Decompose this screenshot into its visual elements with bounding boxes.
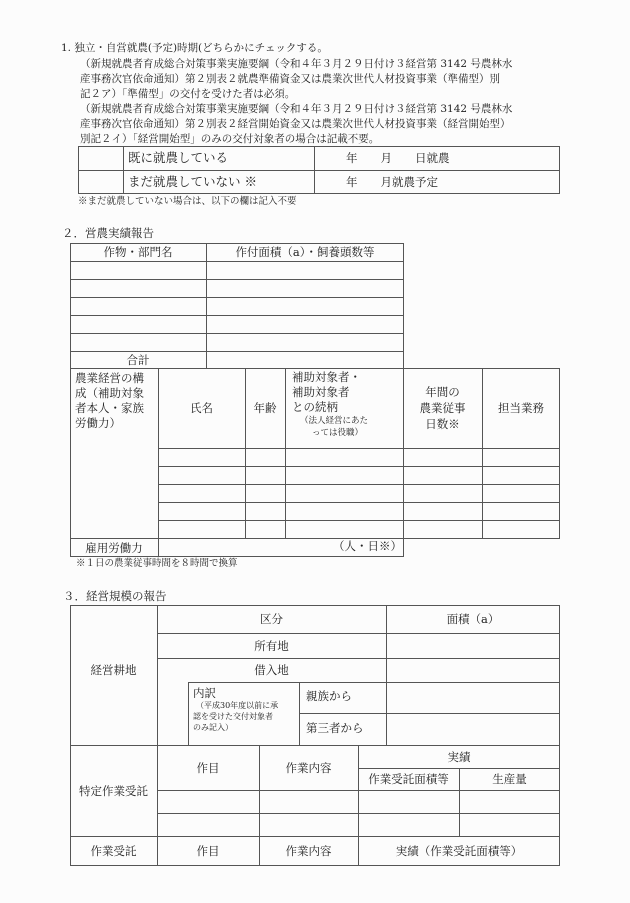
crop-area-input-cells[interactable] <box>207 262 403 368</box>
contract-item-header: 作目 <box>157 836 259 866</box>
planned-date-field[interactable]: 年 月就農予定 <box>346 177 438 189</box>
breakdown-label: 内訳 <box>193 686 303 700</box>
crop-area-header: 作付面積（a）・飼養頭数等 <box>206 243 404 261</box>
already-farming-checkbox[interactable] <box>79 147 123 170</box>
duty-header: 担当業務 <box>482 368 560 448</box>
start-date-field[interactable]: 年 月 日就農 <box>346 153 450 165</box>
age-header: 年齢 <box>245 368 285 448</box>
label-line: 農業経営の構 <box>75 371 159 386</box>
farmland-label: 経営耕地 <box>70 605 157 746</box>
section1-heading: 1. 独立・自営就農(予定)時期(どちらかにチェックする。 <box>61 43 328 54</box>
section1-note-line: 別記２イ）「経営開始型」のみの交付対象者の場合は記載不要。 <box>80 134 379 145</box>
from-relatives-label: 親族から <box>306 691 352 703</box>
section1-footnote: ※まだ就農していない場合は、以下の欄は記入不要 <box>78 197 297 207</box>
work-content-header: 作業内容 <box>259 745 358 790</box>
annual-days-header: 年間の 農業従事 日数※ <box>403 368 482 448</box>
third-party-area-input[interactable] <box>387 714 559 745</box>
total-label: 合計 <box>70 351 206 369</box>
label-line: 成（補助対象 <box>75 386 159 401</box>
already-farming-label: 既に就農している <box>128 152 228 165</box>
from-third-party-label: 第三者から <box>306 723 364 735</box>
contract-work-header: 作業内容 <box>259 836 358 866</box>
col-divider <box>314 146 315 194</box>
relation-header: 補助対象者・ 補助対象者 との続柄 （法人経営にあた っては役職） <box>292 370 404 439</box>
breakdown-note-line: （平成30年度以前に承 <box>193 700 303 711</box>
not-yet-farming-checkbox[interactable] <box>79 171 123 193</box>
owned-land-label: 所有地 <box>157 633 386 658</box>
row-divider <box>78 170 560 171</box>
name-header: 氏名 <box>158 368 245 448</box>
header-note-line: っては役職） <box>292 427 404 439</box>
contract-results-header: 実績（作業受託面積等） <box>358 836 560 866</box>
section1-note-line: 産事務次官依命通知）第２別表２経営開始資金又は農業次世代人材投資事業（経営開始型… <box>80 119 511 130</box>
relatives-area-input[interactable] <box>387 683 559 713</box>
breakdown-label-block: 内訳 （平成30年度以前に承 認を受けた交付対象者 のみ記入） <box>193 686 303 733</box>
labor-composition-label: 農業経営の構 成（補助対象 者本人・家族 労働力） <box>75 371 159 431</box>
header-line: 農業従事 <box>420 400 466 416</box>
hired-labor-label: 雇用労働力 <box>70 538 158 557</box>
header-note-line: （法人経営にあた <box>292 415 404 427</box>
leased-area-input[interactable] <box>387 659 559 682</box>
section3-heading: ３．経営規模の報告 <box>63 591 167 603</box>
specific-contract-input-cells[interactable] <box>158 791 559 836</box>
header-line: との続柄 <box>292 400 404 415</box>
crop-name-header: 作物・部門名 <box>70 243 206 261</box>
header-line: 補助対象者 <box>292 385 404 400</box>
section2-footnote: ※１日の農業従事時間を８時間で換算 <box>76 559 238 569</box>
contract-label: 作業受託 <box>70 836 157 866</box>
owned-area-input[interactable] <box>387 634 559 658</box>
breakdown-note-line: のみ記入） <box>193 722 303 733</box>
output-header: 生産量 <box>459 768 560 790</box>
section2-heading: ２．営農実績報告 <box>62 228 154 240</box>
label-line: 労働力） <box>75 416 159 431</box>
not-yet-farming-label: まだ就農していない ※ <box>128 176 257 189</box>
crop-name-input-cells[interactable] <box>71 262 206 350</box>
labor-input-cells[interactable] <box>159 449 559 538</box>
section1-note-line: 記２ア）「準備型」の交付を受けた者は必須。 <box>80 89 295 100</box>
results-header: 実績 <box>358 745 560 768</box>
label-line: 者本人・家族 <box>75 401 159 416</box>
header-line: 日数※ <box>425 416 460 432</box>
area-header: 面積（a） <box>386 605 560 633</box>
specific-contract-label: 特定作業受託 <box>70 745 157 836</box>
section1-note-line: （新規就農者育成総合対策事業実施要綱（令和４年３月２９日付け３経営第 3142 … <box>80 104 512 115</box>
hired-labor-unit: （人・日※） <box>333 541 402 553</box>
col-divider <box>188 682 189 746</box>
crop-item-header: 作目 <box>157 745 259 790</box>
col-divider <box>123 146 124 194</box>
category-header: 区分 <box>157 605 386 633</box>
leased-land-label: 借入地 <box>157 658 386 682</box>
section1-note-line: 産事務次官依命通知）第２別表２就農準備資金又は農業次世代人材投資事業（準備型）別 <box>80 74 500 85</box>
hired-labor-input[interactable] <box>159 539 329 556</box>
header-line: 年間の <box>425 384 460 400</box>
breakdown-note-line: 認を受けた交付対象者 <box>193 711 303 722</box>
section1-note-line: （新規就農者育成総合対策事業実施要綱（令和４年３月２９日付け３経営第 3142 … <box>80 59 512 70</box>
header-line: 補助対象者・ <box>292 370 404 385</box>
contract-area-header: 作業受託面積等 <box>358 768 459 790</box>
